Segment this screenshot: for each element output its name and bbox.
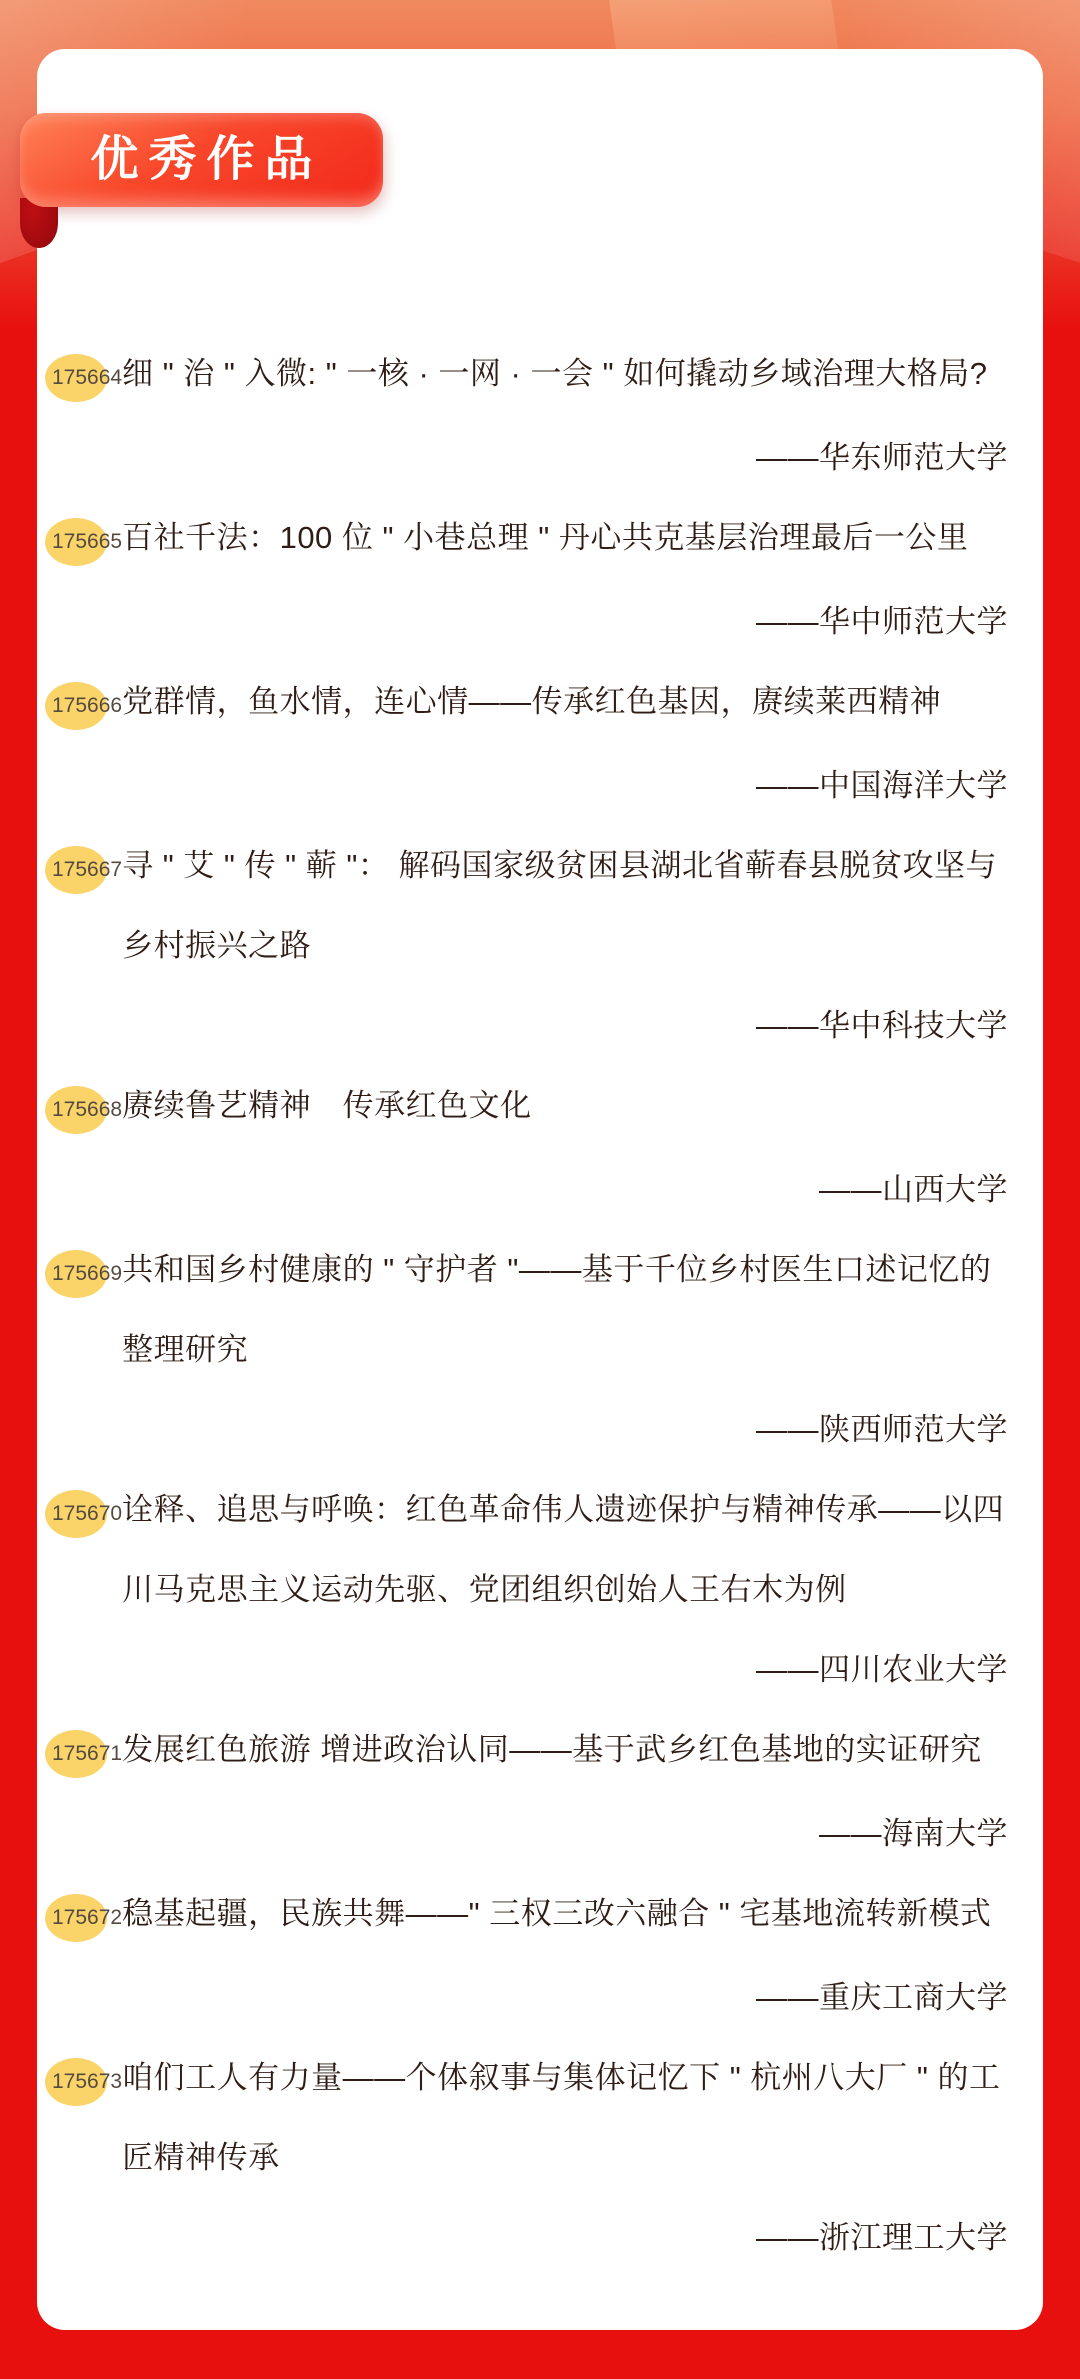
- entry-title: 咱们工人有力量——个体叙事与集体记忆下 " 杭州八大厂 " 的工 匠精神传承: [122, 2038, 1008, 2198]
- entry-id-badge: 175673: [52, 2042, 122, 2122]
- content-card: 175664 细 " 治 " 入微: " 一核 · 一网 · 一会 " 如何撬动…: [37, 49, 1043, 2330]
- list-item: 175669 共和国乡村健康的 " 守护者 "——基于千位乡村医生口述记忆的 整…: [52, 1230, 1008, 1470]
- entry-source: ——华中科技大学: [52, 986, 1008, 1066]
- entry-title: 党群情，鱼水情，连心情——传承红色基因，赓续莱西精神: [122, 662, 1008, 742]
- entry-source: ——浙江理工大学: [52, 2198, 1008, 2278]
- entry-id-badge: 175667: [52, 830, 122, 910]
- list-item: 175671 发展红色旅游 增进政治认同——基于武乡红色基地的实证研究 ——海南…: [52, 1710, 1008, 1874]
- entry-title: 细 " 治 " 入微: " 一核 · 一网 · 一会 " 如何撬动乡域治理大格局…: [122, 334, 1008, 414]
- list-item: 175666 党群情，鱼水情，连心情——传承红色基因，赓续莱西精神 ——中国海洋…: [52, 662, 1008, 826]
- entry-source: ——重庆工商大学: [52, 1958, 1008, 2038]
- entry-title-line: 175669 共和国乡村健康的 " 守护者 "——基于千位乡村医生口述记忆的 整…: [52, 1230, 1008, 1390]
- entry-id-badge: 175672: [52, 1878, 122, 1958]
- list-item: 175673 咱们工人有力量——个体叙事与集体记忆下 " 杭州八大厂 " 的工 …: [52, 2038, 1008, 2278]
- entry-source: ——四川农业大学: [52, 1630, 1008, 1710]
- list-item: 175665 百社千法：100 位 " 小巷总理 " 丹心共克基层治理最后一公里…: [52, 498, 1008, 662]
- entry-id-badge: 175668: [52, 1070, 122, 1150]
- entry-title-line: 175667 寻 " 艾 " 传 " 蕲 "： 解码国家级贫困县湖北省蕲春县脱贫…: [52, 826, 1008, 986]
- works-list: 175664 细 " 治 " 入微: " 一核 · 一网 · 一会 " 如何撬动…: [52, 334, 1008, 2278]
- entry-source: ——华东师范大学: [52, 418, 1008, 498]
- entry-title-line: 175670 诠释、追思与呼唤：红色革命伟人遗迹保护与精神传承——以四 川马克思…: [52, 1470, 1008, 1630]
- list-item: 175668 赓续鲁艺精神 传承红色文化 ——山西大学: [52, 1066, 1008, 1230]
- entry-title: 发展红色旅游 增进政治认同——基于武乡红色基地的实证研究: [122, 1710, 1008, 1790]
- entry-id-badge: 175665: [52, 502, 122, 582]
- list-item: 175672 稳基起疆，民族共舞——" 三权三改六融合 " 宅基地流转新模式 —…: [52, 1874, 1008, 2038]
- entry-title-line: 175672 稳基起疆，民族共舞——" 三权三改六融合 " 宅基地流转新模式: [52, 1874, 1008, 1958]
- entry-title-line: 175666 党群情，鱼水情，连心情——传承红色基因，赓续莱西精神: [52, 662, 1008, 746]
- entry-source: ——海南大学: [52, 1794, 1008, 1874]
- entry-title: 百社千法：100 位 " 小巷总理 " 丹心共克基层治理最后一公里: [122, 498, 1008, 578]
- entry-title-line: 175671 发展红色旅游 增进政治认同——基于武乡红色基地的实证研究: [52, 1710, 1008, 1794]
- section-badge-label: 优秀作品: [90, 136, 322, 184]
- entry-source: ——中国海洋大学: [52, 746, 1008, 826]
- entry-id-badge: 175669: [52, 1234, 122, 1314]
- list-item: 175664 细 " 治 " 入微: " 一核 · 一网 · 一会 " 如何撬动…: [52, 334, 1008, 498]
- entry-title-line: 175664 细 " 治 " 入微: " 一核 · 一网 · 一会 " 如何撬动…: [52, 334, 1008, 418]
- entry-source: ——山西大学: [52, 1150, 1008, 1230]
- entry-source: ——陕西师范大学: [52, 1390, 1008, 1470]
- entry-title-line: 175673 咱们工人有力量——个体叙事与集体记忆下 " 杭州八大厂 " 的工 …: [52, 2038, 1008, 2198]
- entry-title-line: 175668 赓续鲁艺精神 传承红色文化: [52, 1066, 1008, 1150]
- entry-id-badge: 175671: [52, 1714, 122, 1794]
- entry-source: ——华中师范大学: [52, 582, 1008, 662]
- entry-title: 稳基起疆，民族共舞——" 三权三改六融合 " 宅基地流转新模式: [122, 1874, 1008, 1954]
- list-item: 175670 诠释、追思与呼唤：红色革命伟人遗迹保护与精神传承——以四 川马克思…: [52, 1470, 1008, 1710]
- entry-id-badge: 175670: [52, 1474, 122, 1554]
- entry-title: 共和国乡村健康的 " 守护者 "——基于千位乡村医生口述记忆的 整理研究: [122, 1230, 1008, 1390]
- entry-title: 寻 " 艾 " 传 " 蕲 "： 解码国家级贫困县湖北省蕲春县脱贫攻坚与 乡村振…: [122, 826, 1008, 986]
- list-item: 175667 寻 " 艾 " 传 " 蕲 "： 解码国家级贫困县湖北省蕲春县脱贫…: [52, 826, 1008, 1066]
- entry-id-badge: 175664: [52, 338, 122, 418]
- entry-title-line: 175665 百社千法：100 位 " 小巷总理 " 丹心共克基层治理最后一公里: [52, 498, 1008, 582]
- entry-title: 赓续鲁艺精神 传承红色文化: [122, 1066, 1008, 1146]
- entry-id-badge: 175666: [52, 666, 122, 746]
- section-badge: 优秀作品: [20, 113, 383, 207]
- entry-title: 诠释、追思与呼唤：红色革命伟人遗迹保护与精神传承——以四 川马克思主义运动先驱、…: [122, 1470, 1008, 1630]
